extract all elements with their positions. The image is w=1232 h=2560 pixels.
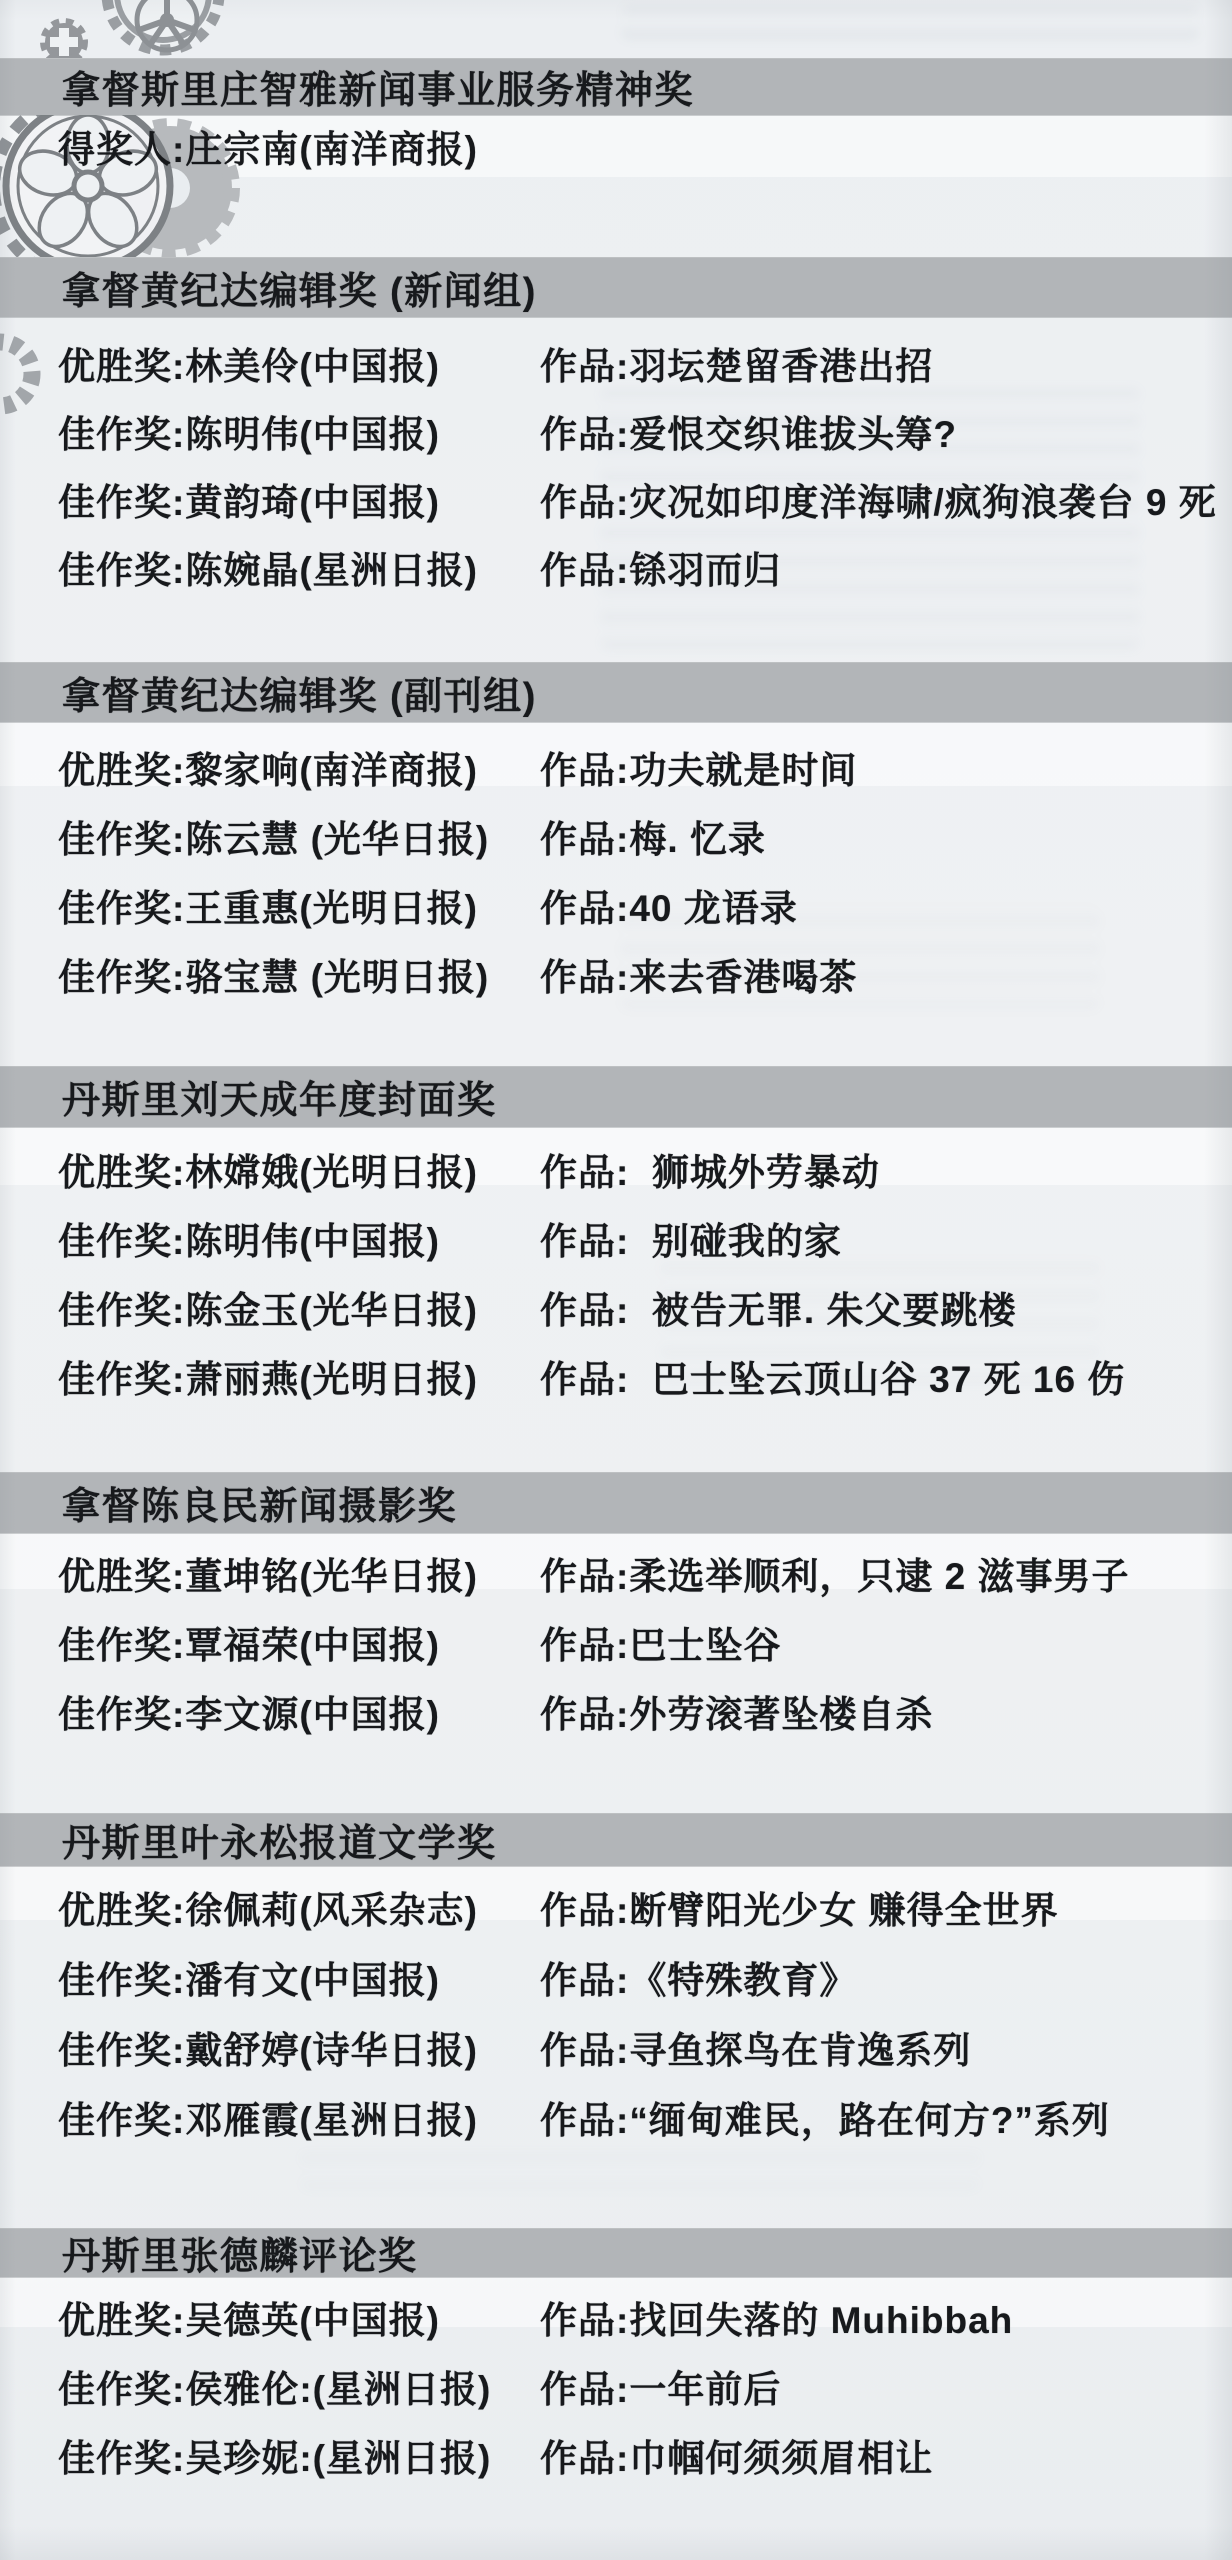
- section-title: 拿督黄纪达编辑奖 (副刊组): [62, 665, 537, 720]
- award-row: 佳作奖:骆宝慧 (光明日报) 作品:来去香港喝茶: [0, 939, 1232, 1008]
- section-rows: 优胜奖:吴德英(中国报) 作品:找回失落的 Muhibbah 佳作奖:侯雅伦:(…: [0, 2282, 1232, 2489]
- section-header-band: 拿督黄纪达编辑奖 (副刊组): [0, 662, 1232, 722]
- section-rows: 优胜奖:林美伶(中国报) 作品:羽坛楚留香港出招 佳作奖:陈明伟(中国报) 作品…: [0, 329, 1232, 601]
- award-winner: 佳作奖:陈云慧 (光华日报): [58, 809, 540, 863]
- award-work: 作品:爱恨交织谁拔头筹?: [540, 404, 1232, 458]
- award-work: 作品:“缅甸难民，路在何方?”系列: [540, 2090, 1232, 2144]
- award-winner: 佳作奖:邓雁霞(星洲日报): [58, 2090, 540, 2144]
- section-rows: 优胜奖:董坤铭(光华日报) 作品:柔选举顺利，只逮 2 滋事男子 佳作奖:覃福荣…: [0, 1538, 1232, 1745]
- showthrough-smudge: [620, 6, 1200, 40]
- award-row: 优胜奖:徐佩莉(风采杂志) 作品:断臂阳光少女 赚得全世界: [0, 1872, 1232, 1942]
- award-work: 作品: 巴士坠云顶山谷 37 死 16 伤: [540, 1349, 1232, 1403]
- award-work: 作品:一年前后: [540, 2359, 1232, 2413]
- award-winner: 优胜奖:林嫦娥(光明日报): [58, 1142, 540, 1196]
- award-row: 优胜奖:吴德英(中国报) 作品:找回失落的 Muhibbah: [0, 2282, 1232, 2351]
- award-work: 作品:巾帼何须须眉相让: [540, 2428, 1232, 2482]
- award-row: 佳作奖:陈婉晶(星洲日报) 作品:铩羽而归: [0, 533, 1232, 601]
- award-row: 佳作奖:陈金玉(光华日报) 作品: 被告无罪. 朱父要跳楼: [0, 1272, 1232, 1341]
- award-row: 优胜奖:林嫦娥(光明日报) 作品: 狮城外劳暴动: [0, 1134, 1232, 1203]
- section-title: 拿督斯里庄智雅新闻事业服务精神奖: [62, 59, 694, 114]
- award-work: 作品: 别碰我的家: [540, 1211, 1232, 1265]
- award-winner: 佳作奖:骆宝慧 (光明日报): [58, 947, 540, 1001]
- section-title: 丹斯里刘天成年度封面奖: [62, 1069, 497, 1124]
- award-winner: 佳作奖:陈明伟(中国报): [58, 404, 540, 458]
- award-work: 作品: 狮城外劳暴动: [540, 1142, 1232, 1196]
- section-rows: 优胜奖:黎家响(南洋商报) 作品:功夫就是时间 佳作奖:陈云慧 (光华日报) 作…: [0, 732, 1232, 1008]
- award-work: 作品:羽坛楚留香港出招: [540, 336, 1232, 390]
- section-title: 丹斯里叶永松报道文学奖: [62, 1812, 497, 1867]
- section-header-band: 拿督陈良民新闻摄影奖: [0, 1472, 1232, 1533]
- award-work: 作品:柔选举顺利，只逮 2 滋事男子: [540, 1546, 1232, 1600]
- award-winner: 优胜奖:徐佩莉(风采杂志): [58, 1880, 540, 1934]
- award-work: 作品:铩羽而归: [540, 540, 1232, 594]
- award-winner: 佳作奖:陈明伟(中国报): [58, 1211, 540, 1265]
- section-title: 丹斯里张德麟评论奖: [62, 2225, 418, 2280]
- gear-with-wheel-icon: [107, 0, 219, 50]
- award-winner: 优胜奖:黎家响(南洋商报): [58, 740, 540, 794]
- section-rows: 得奖人:庄宗南(南洋商报): [0, 112, 1232, 180]
- award-work: 作品:来去香港喝茶: [540, 947, 1232, 1001]
- award-winner: 佳作奖:覃福荣(中国报): [58, 1615, 540, 1669]
- award-row: 佳作奖:陈明伟(中国报) 作品:爱恨交织谁拔头筹?: [0, 397, 1232, 465]
- award-winner: 佳作奖:吴珍妮:(星洲日报): [58, 2428, 540, 2482]
- award-row: 佳作奖:李文源(中国报) 作品:外劳滚著坠楼自杀: [0, 1676, 1232, 1745]
- award-winner: 优胜奖:董坤铭(光华日报): [58, 1546, 540, 1600]
- award-winner: 佳作奖:陈婉晶(星洲日报): [58, 540, 540, 594]
- award-row: 优胜奖:林美伶(中国报) 作品:羽坛楚留香港出招: [0, 329, 1232, 397]
- award-winner: 佳作奖:黄韵琦(中国报): [58, 472, 540, 526]
- award-row: 佳作奖:侯雅伦:(星洲日报) 作品:一年前后: [0, 2351, 1232, 2420]
- award-winner: 佳作奖:萧丽燕(光明日报): [58, 1349, 540, 1403]
- award-row: 佳作奖:潘有文(中国报) 作品:《特殊教育》: [0, 1942, 1232, 2012]
- award-row: 佳作奖:王重惠(光明日报) 作品:40 龙语录: [0, 870, 1232, 939]
- plus-gear-icon: [45, 23, 83, 61]
- award-row: 佳作奖:覃福荣(中国报) 作品:巴士坠谷: [0, 1607, 1232, 1676]
- award-work: 作品:梅. 忆录: [540, 809, 1232, 863]
- award-winner: 优胜奖:吴德英(中国报): [58, 2290, 540, 2344]
- award-row: 佳作奖:邓雁霞(星洲日报) 作品:“缅甸难民，路在何方?”系列: [0, 2082, 1232, 2152]
- award-work: 作品: 被告无罪. 朱父要跳楼: [540, 1280, 1232, 1334]
- section-rows: 优胜奖:林嫦娥(光明日报) 作品: 狮城外劳暴动 佳作奖:陈明伟(中国报) 作品…: [0, 1134, 1232, 1410]
- section-rows: 优胜奖:徐佩莉(风采杂志) 作品:断臂阳光少女 赚得全世界 佳作奖:潘有文(中国…: [0, 1872, 1232, 2152]
- section-header-band: 拿督黄纪达编辑奖 (新闻组): [0, 257, 1232, 317]
- award-work: 作品:断臂阳光少女 赚得全世界: [540, 1880, 1232, 1934]
- award-work: 作品:找回失落的 Muhibbah: [540, 2290, 1232, 2344]
- award-work: 作品:寻鱼探鸟在肯逸系列: [540, 2020, 1232, 2074]
- award-winner: 佳作奖:侯雅伦:(星洲日报): [58, 2359, 540, 2413]
- award-row: 佳作奖:萧丽燕(光明日报) 作品: 巴士坠云顶山谷 37 死 16 伤: [0, 1341, 1232, 1410]
- award-winner: 优胜奖:林美伶(中国报): [58, 336, 540, 390]
- award-work: 作品:《特殊教育》: [540, 1950, 1232, 2004]
- award-row: 佳作奖:吴珍妮:(星洲日报) 作品:巾帼何须须眉相让: [0, 2420, 1232, 2489]
- award-row: 优胜奖:黎家响(南洋商报) 作品:功夫就是时间: [0, 732, 1232, 801]
- award-work: 作品:灾况如印度洋海啸/疯狗浪袭台 9 死: [540, 472, 1232, 526]
- award-work: 作品:功夫就是时间: [540, 740, 1232, 794]
- section-header-band: 丹斯里叶永松报道文学奖: [0, 1813, 1232, 1866]
- award-winner: 佳作奖:王重惠(光明日报): [58, 878, 540, 932]
- award-row: 优胜奖:董坤铭(光华日报) 作品:柔选举顺利，只逮 2 滋事男子: [0, 1538, 1232, 1607]
- award-winner: 佳作奖:戴舒婷(诗华日报): [58, 2020, 540, 2074]
- award-winner: 佳作奖:李文源(中国报): [58, 1684, 540, 1738]
- section-title: 拿督黄纪达编辑奖 (新闻组): [62, 260, 537, 315]
- award-row: 佳作奖:戴舒婷(诗华日报) 作品:寻鱼探鸟在肯逸系列: [0, 2012, 1232, 2082]
- award-work: 作品:巴士坠谷: [540, 1615, 1232, 1669]
- section-header-band: 丹斯里刘天成年度封面奖: [0, 1066, 1232, 1127]
- section-header-band: 丹斯里张德麟评论奖: [0, 2228, 1232, 2277]
- award-row: 得奖人:庄宗南(南洋商报): [0, 112, 1232, 180]
- award-work: 作品:外劳滚著坠楼自杀: [540, 1684, 1232, 1738]
- section-header-band: 拿督斯里庄智雅新闻事业服务精神奖: [0, 58, 1232, 115]
- award-row: 佳作奖:黄韵琦(中国报) 作品:灾况如印度洋海啸/疯狗浪袭台 9 死: [0, 465, 1232, 533]
- award-winner: 得奖人:庄宗南(南洋商报): [58, 119, 540, 173]
- award-winner: 佳作奖:潘有文(中国报): [58, 1950, 540, 2004]
- award-winner: 佳作奖:陈金玉(光华日报): [58, 1280, 540, 1334]
- award-row: 佳作奖:陈明伟(中国报) 作品: 别碰我的家: [0, 1203, 1232, 1272]
- award-row: 佳作奖:陈云慧 (光华日报) 作品:梅. 忆录: [0, 801, 1232, 870]
- section-title: 拿督陈良民新闻摄影奖: [62, 1475, 457, 1530]
- scanned-awards-page: 拿督斯里庄智雅新闻事业服务精神奖 得奖人:庄宗南(南洋商报) 拿督黄纪达编辑奖 …: [0, 0, 1232, 2560]
- award-work: 作品:40 龙语录: [540, 878, 1232, 932]
